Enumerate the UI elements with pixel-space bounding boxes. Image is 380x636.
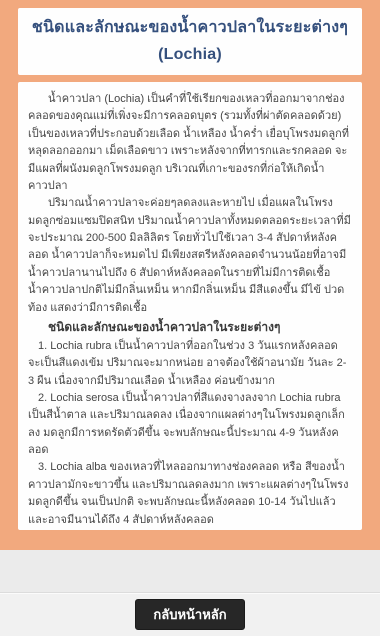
paragraph-amount: ปริมาณน้ำคาวปลาจะค่อยๆลดลงและหายไป เมื่อ…	[28, 195, 352, 282]
back-home-button[interactable]: กลับหน้าหลัก	[135, 599, 245, 630]
page-subtitle: (Lochia)	[158, 42, 222, 68]
content-panel: ชนิดและลักษณะของน้ำคาวปลาในระยะต่างๆ (Lo…	[0, 0, 380, 550]
footer-bar: กลับหน้าหลัก	[0, 592, 380, 636]
list-item-lochia-rubra: 1. Lochia rubra เป็นน้ำคาวปลาที่ออกในช่ว…	[28, 338, 352, 390]
list-item-lochia-alba: 3. Lochia alba ของเหลวที่ไหลออกมาทางช่อง…	[28, 459, 352, 529]
page-title: ชนิดและลักษณะของน้ำคาวปลาในระยะต่างๆ	[32, 15, 348, 41]
paragraph-intro: น้ำคาวปลา (Lochia) เป็นคำที่ใช้เรียกของเ…	[28, 91, 352, 195]
section-subheading: ชนิดและลักษณะของน้ำคาวปลาในระยะต่างๆ	[28, 318, 352, 337]
page-title-card: ชนิดและลักษณะของน้ำคาวปลาในระยะต่างๆ (Lo…	[18, 8, 362, 75]
article-card: น้ำคาวปลา (Lochia) เป็นคำที่ใช้เรียกของเ…	[18, 82, 362, 530]
paragraph-smell: น้ำคาวปลาปกติไม่มีกลิ่นเหม็น หากมีกลิ่นเ…	[28, 282, 352, 317]
list-item-lochia-serosa: 2. Lochia serosa เป็นน้ำคาวปลาที่สีแดงจา…	[28, 390, 352, 460]
spacer	[0, 550, 380, 592]
